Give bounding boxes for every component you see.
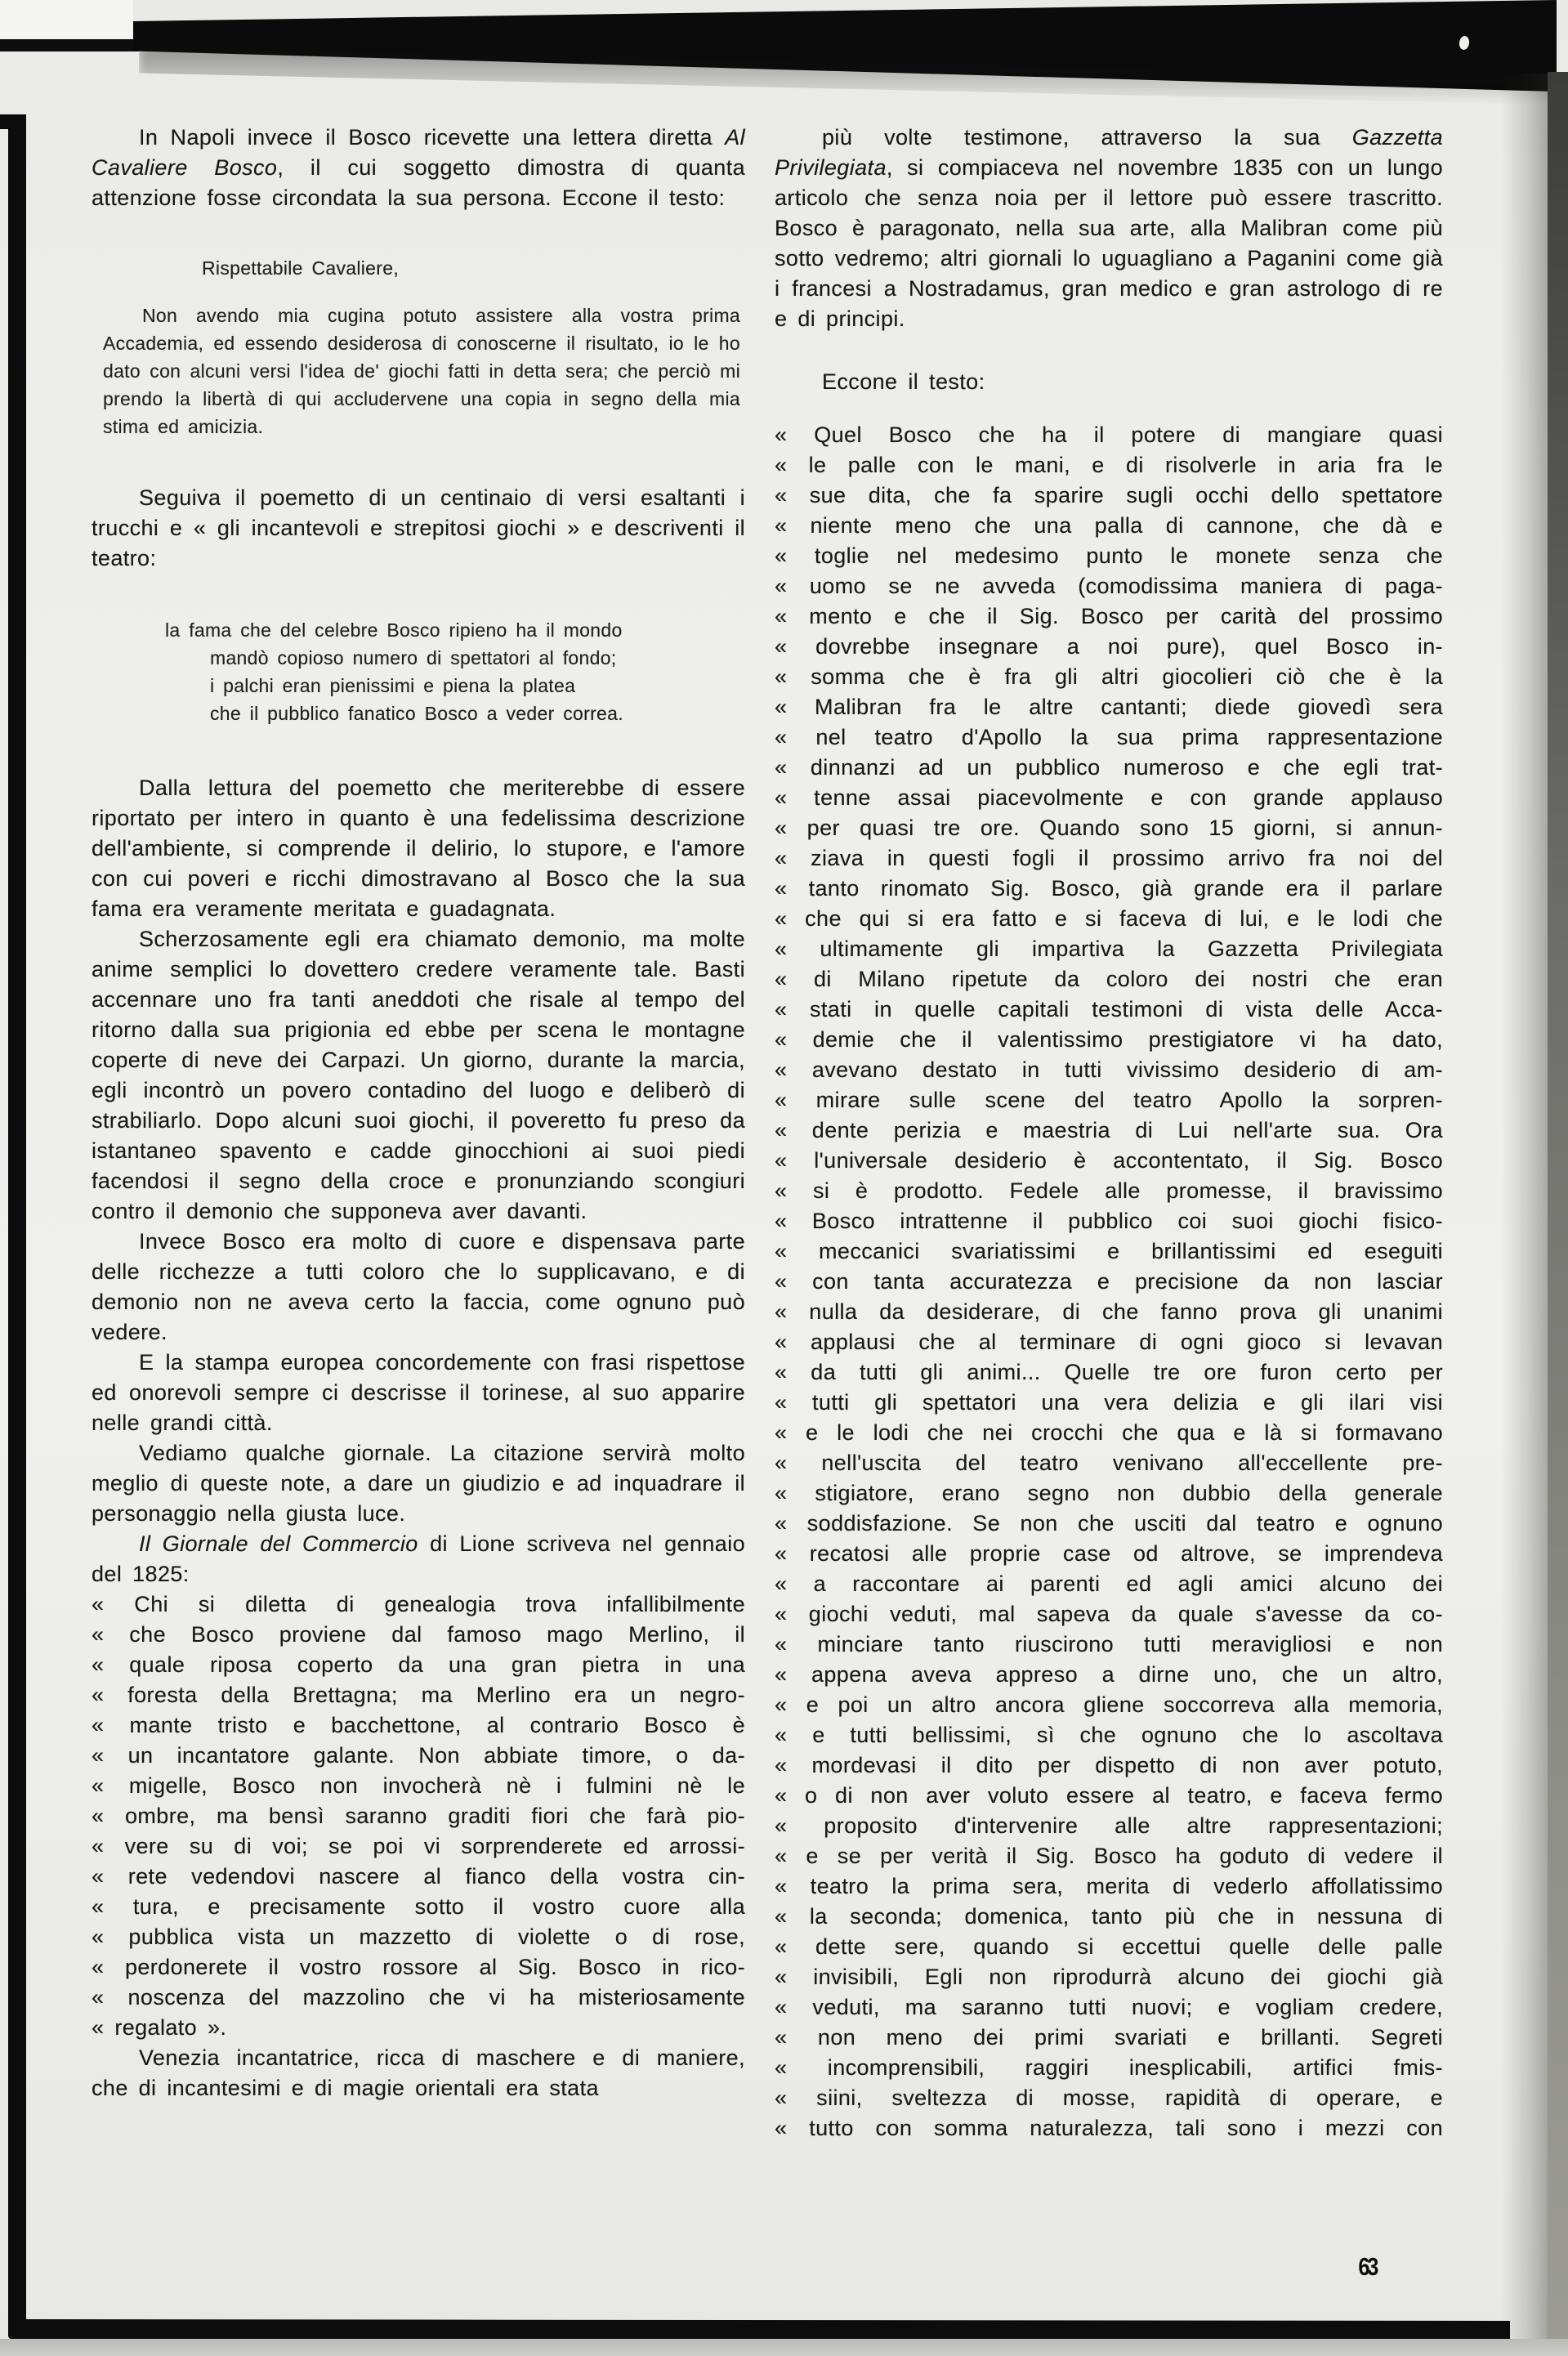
page-number: 63 (1358, 2252, 1376, 2282)
column-right: più volte testimone, attraverso la sua G… (775, 123, 1443, 2144)
paragraph-giornale-commercio: Il Giornale del Commercio di Lione scriv… (92, 1529, 745, 1589)
quote-block-lione: « Chi si diletta di genealogia trova inf… (92, 1589, 745, 2043)
paragraph-dalla-lettura: Dalla lettura del poemetto che meritereb… (92, 773, 745, 924)
letter-body: Non avendo mia cugina potuto assistere a… (103, 302, 740, 440)
paragraph-stampa-europea: E la stampa europea concordemente con fr… (92, 1348, 745, 1438)
eccone-il-testo-label: Eccone il testo: (775, 367, 1443, 397)
paragraph-vediamo-giornale: Vediamo qualche giornale. La citazione s… (92, 1438, 745, 1529)
verse-block: la fama che del celebre Bosco ripieno ha… (165, 616, 745, 727)
scan-right-edge (1548, 72, 1568, 2356)
paragraph-invece-bosco: Invece Bosco era molto di cuore e dispen… (92, 1227, 745, 1348)
scan-left-border (8, 114, 26, 2339)
scan-bottom-strip (0, 2339, 1568, 2356)
page-background: In Napoli invece il Bosco ricevette una … (0, 0, 1568, 2356)
scan-top-left-corner (0, 0, 133, 39)
letter-salutation: Rispettabile Cavaliere, (92, 254, 745, 282)
paragraph-testimone: più volte testimone, attraverso la sua G… (775, 123, 1443, 334)
scanned-book-page: { "page_number": "63", "left_column": { … (0, 0, 1568, 2356)
scan-top-left-strip (0, 39, 139, 51)
scan-bottom-border (10, 2319, 1510, 2341)
paragraph-seguiva: Seguiva il poemetto di un centinaio di v… (92, 483, 745, 574)
column-left: In Napoli invece il Bosco ricevette una … (92, 123, 745, 2103)
paragraph-venezia: Venezia incantatrice, ricca di maschere … (92, 2043, 745, 2103)
paragraph-scherzosamente: Scherzosamente egli era chiamato demonio… (92, 924, 745, 1227)
paragraph-napoli-letter: In Napoli invece il Bosco ricevette una … (92, 123, 745, 213)
scan-right-shadow (1502, 74, 1551, 2356)
quote-block-gazzetta: « Quel Bosco che ha il potere di mangiar… (775, 420, 1443, 2144)
